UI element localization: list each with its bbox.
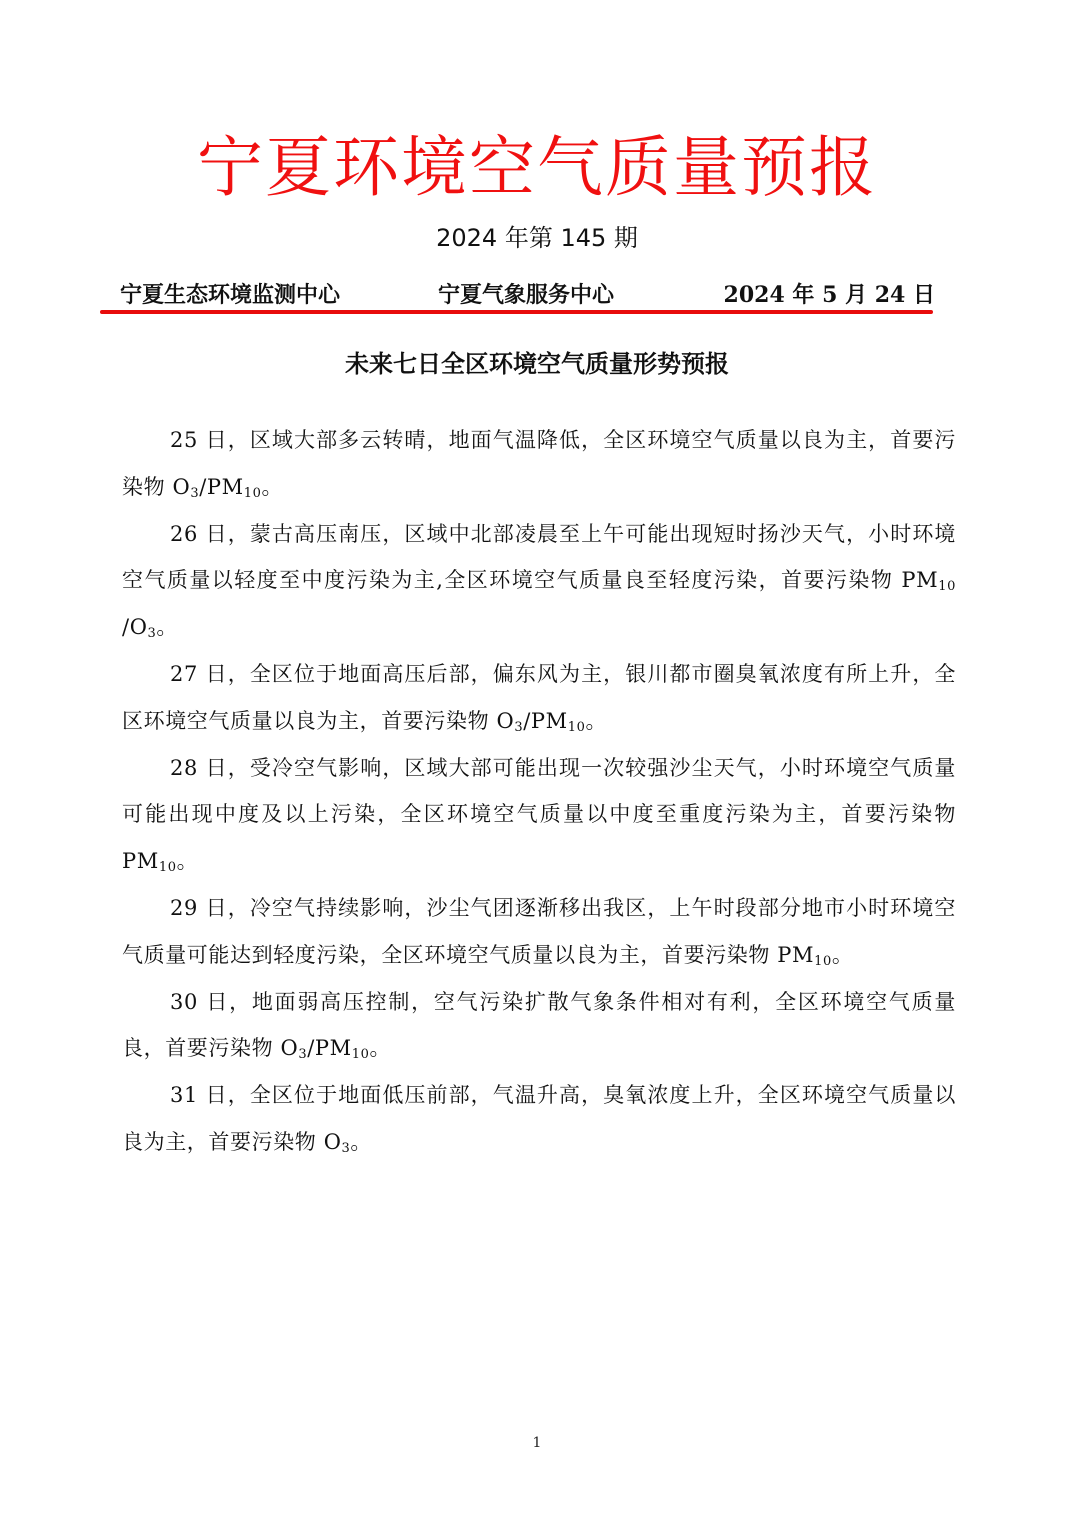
issue-date: 2024 年 5 月 24 日	[724, 280, 935, 310]
pollutant: O3	[324, 1130, 351, 1154]
forecast-paragraph: 26 日，蒙古高压南压，区域中北部凌晨至上午可能出现短时扬沙天气，小时环境空气质…	[122, 511, 956, 651]
forecast-day: 26 日	[170, 522, 228, 546]
pollutant: PM10	[122, 849, 177, 873]
forecast-day: 30 日	[170, 990, 229, 1014]
page-number: 1	[0, 1435, 1074, 1451]
forecast-paragraph: 25 日，区域大部多云转晴，地面气温降低，全区环境空气质量以良为主，首要污染物 …	[122, 417, 956, 511]
forecast-day: 28 日	[170, 756, 228, 780]
pollutant: O3/PM10	[280, 1036, 369, 1060]
forecast-text: ，蒙古高压南压，区域中北部凌晨至上午可能出现短时扬沙天气，小时环境空气质量以轻度…	[122, 522, 956, 593]
forecast-paragraph: 28 日，受冷空气影响，区域大部可能出现一次较强沙尘天气，小时环境空气质量可能出…	[122, 745, 956, 885]
issuer-meteorology-center: 宁夏气象服务中心	[438, 280, 614, 310]
masthead-title: 宁夏环境空气质量预报	[0, 128, 1074, 208]
forecast-paragraph: 31 日，全区位于地面低压前部，气温升高，臭氧浓度上升，全区环境空气质量以良为主…	[122, 1072, 956, 1166]
forecast-paragraph: 27 日，全区位于地面高压后部，偏东风为主，银川都市圈臭氧浓度有所上升，全区环境…	[122, 651, 956, 745]
red-divider-rule	[100, 310, 933, 314]
forecast-text: ，受冷空气影响，区域大部可能出现一次较强沙尘天气，小时环境空气质量可能出现中度及…	[122, 756, 956, 827]
forecast-day: 31 日	[170, 1083, 228, 1107]
pollutant: O3/PM10	[496, 709, 585, 733]
document-page: 宁夏环境空气质量预报 2024 年第 145 期 宁夏生态环境监测中心 宁夏气象…	[0, 0, 1074, 1520]
forecast-body: 25 日，区域大部多云转晴，地面气温降低，全区环境空气质量以良为主，首要污染物 …	[122, 417, 956, 1166]
forecast-day: 25 日	[170, 428, 228, 452]
forecast-day: 29 日	[170, 896, 228, 920]
forecast-paragraph: 30 日，地面弱高压控制，空气污染扩散气象条件相对有利，全区环境空气质量良，首要…	[122, 979, 956, 1073]
forecast-text: ，全区位于地面低压前部，气温升高，臭氧浓度上升，全区环境空气质量以良为主，首要污…	[122, 1083, 956, 1154]
forecast-day: 27 日	[170, 662, 228, 686]
pollutant: O3/PM10	[172, 475, 261, 499]
issuer-row: 宁夏生态环境监测中心 宁夏气象服务中心 2024 年 5 月 24 日	[120, 280, 940, 310]
pollutant: PM10	[777, 943, 832, 967]
forecast-paragraph: 29 日，冷空气持续影响，沙尘气团逐渐移出我区，上午时段部分地市小时环境空气质量…	[122, 885, 956, 979]
issuer-ecology-center: 宁夏生态环境监测中心	[120, 280, 340, 310]
issue-number: 2024 年第 145 期	[0, 222, 1074, 254]
forecast-text: ，地面弱高压控制，空气污染扩散气象条件相对有利，全区环境空气质量良，首要污染物	[122, 990, 956, 1061]
section-title: 未来七日全区环境空气质量形势预报	[0, 346, 1074, 382]
